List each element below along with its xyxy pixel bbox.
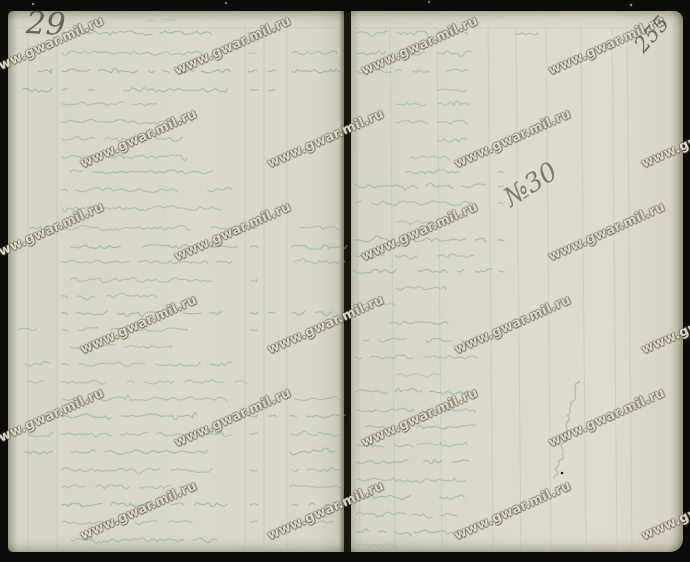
pencil-page-number-left: 29	[25, 8, 66, 41]
scanned-document: www.gwar.mil.ruwww.gwar.mil.ruwww.gwar.m…	[0, 0, 690, 562]
left-page	[8, 11, 344, 552]
right-page	[351, 11, 683, 552]
